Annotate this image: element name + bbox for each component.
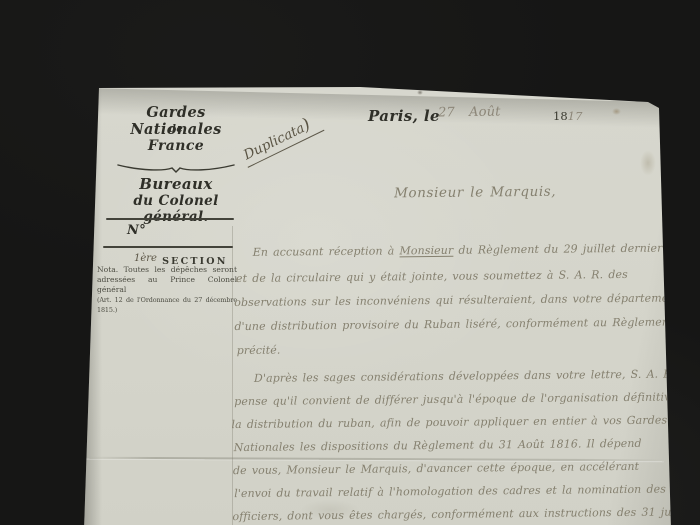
body-line: officiers, dont vous êtes chargés, confo… xyxy=(232,505,693,524)
body-line: et de la circulaire qui y était jointe, … xyxy=(236,268,628,286)
body-line-text: En accusant réception à xyxy=(253,244,400,259)
body-line: d'une distribution provisoire du Ruban l… xyxy=(234,315,673,334)
body-line: pense qu'il convient de différer jusqu'à… xyxy=(234,390,677,409)
letter-body: Monsieur le Marquis, En accusant récepti… xyxy=(0,0,700,525)
body-line: précité. xyxy=(237,344,281,358)
document-paper: Gardes Nationales de France Bureaux du C… xyxy=(0,0,700,525)
body-line: de vous, Monsieur le Marquis, d'avancer … xyxy=(233,460,639,478)
body-line-text: du Règlement du 29 juillet dernier xyxy=(453,242,662,257)
body-line: D'après les sages considérations dévelop… xyxy=(254,367,675,385)
body-line: En accusant réception à Monsieur du Règl… xyxy=(253,242,663,260)
photo-stage: Gardes Nationales de France Bureaux du C… xyxy=(0,0,700,525)
body-line: l'envoi du travail relatif à l'homologat… xyxy=(234,483,666,502)
body-line: Nationales les dispositions du Règlement… xyxy=(234,437,642,455)
underlined-word: Monsieur xyxy=(399,244,453,258)
salutation: Monsieur le Marquis, xyxy=(394,185,556,201)
body-line: observations sur les inconvéniens qui ré… xyxy=(234,291,684,310)
body-line: la distribution du ruban, afin de pouvoi… xyxy=(231,414,667,433)
